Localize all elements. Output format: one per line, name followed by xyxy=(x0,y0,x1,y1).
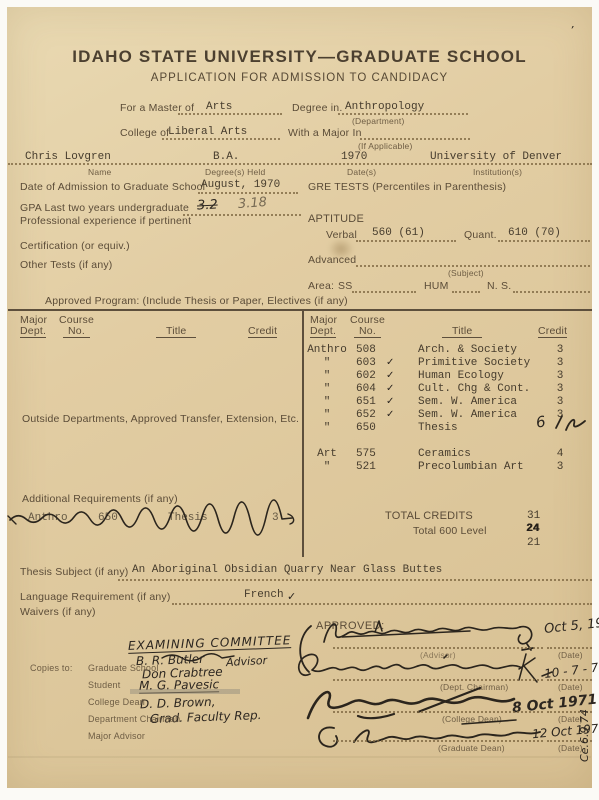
area-hum-label: HUM xyxy=(424,280,449,292)
thesis-subject-label: Thesis Subject (if any) xyxy=(20,566,128,578)
area-hum-line xyxy=(452,291,480,293)
right-col-no: No. xyxy=(354,325,381,338)
area-label: Area: xyxy=(308,280,334,292)
subject-hint: (Subject) xyxy=(448,268,484,278)
gpa-line xyxy=(183,214,301,216)
copies-to-label: Copies to: xyxy=(30,663,73,673)
left-col-no: No. xyxy=(63,325,90,338)
total-600-typed: 21 xyxy=(527,537,540,549)
major-in-label: With a Major In xyxy=(288,127,362,139)
course-dept: Anthro xyxy=(306,344,348,356)
checkmark-icon: ✓ xyxy=(386,409,394,420)
course-dept: " xyxy=(306,383,348,395)
course-title: Arch. & Society xyxy=(418,344,517,356)
advanced-label: Advanced xyxy=(308,254,356,266)
copies-item-graduate-school: Graduate School xyxy=(88,663,159,673)
course-no: 604 xyxy=(356,383,376,395)
course-credit: 4 xyxy=(550,448,570,460)
degrees-held-label: Degree(s) Held xyxy=(205,167,265,177)
dept-chairman-sign-line xyxy=(333,679,543,681)
graduate-dean-sign-line xyxy=(333,740,543,742)
thesis-subject-line xyxy=(118,579,592,581)
total-600-label: Total 600 Level xyxy=(413,525,487,537)
college-dean-sign-line xyxy=(333,711,543,713)
degrees-held-value: B.A. xyxy=(213,151,239,163)
total-credits-label: TOTAL CREDITS xyxy=(385,510,473,522)
course-credit: 3 xyxy=(550,396,570,408)
quant-label: Quant. xyxy=(464,229,497,241)
course-dept: Art xyxy=(306,448,348,460)
course-row: " 602 ✓ Human Ecology 3 xyxy=(0,370,599,383)
quant-value: 610 (70) xyxy=(508,227,561,239)
section-rule xyxy=(8,309,592,311)
scanned-form: ’ IDAHO STATE UNIVERSITY—GRADUATE SCHOOL… xyxy=(0,0,599,800)
course-title: Ceramics xyxy=(418,448,471,460)
dates-value: 1970 xyxy=(341,151,367,163)
course-no: 521 xyxy=(356,461,376,473)
thesis-subject-value: An Aboriginal Obsidian Quarry Near Glass… xyxy=(132,564,442,576)
institution-value: University of Denver xyxy=(430,151,562,163)
course-row: " 604 ✓ Cult. Chg & Cont. 3 xyxy=(0,383,599,396)
checkmark-icon: ✓ xyxy=(386,370,394,381)
admission-value: August, 1970 xyxy=(201,179,280,191)
course-no: 575 xyxy=(356,448,376,460)
total-credits-value: 31 xyxy=(527,510,540,522)
strikethrough-scrawl xyxy=(6,506,298,528)
course-credit: 3 xyxy=(550,357,570,369)
form-subtitle: APPLICATION FOR ADMISSION TO CANDIDACY xyxy=(0,72,599,84)
if-applicable-hint: (If Applicable) xyxy=(358,141,413,151)
committee-member-1-role: Advisor xyxy=(226,654,268,669)
copies-item-student: Student xyxy=(88,680,120,690)
right-col-dept: Dept. xyxy=(310,325,336,338)
graduate-dean-role-label: (Graduate Dean) xyxy=(438,743,505,753)
form-title: IDAHO STATE UNIVERSITY—GRADUATE SCHOOL xyxy=(0,47,599,67)
committee-member-3: M. G. Pavesic xyxy=(139,677,219,693)
admission-label: Date of Admission to Graduate School xyxy=(20,181,205,193)
course-dept: " xyxy=(306,409,348,421)
name-value: Chris Lovgren xyxy=(25,151,111,163)
checkmark-icon: ✓ xyxy=(386,357,394,368)
certification-label: Certification (or equiv.) xyxy=(20,240,130,252)
course-title: Sem. W. America xyxy=(418,396,517,408)
major-in-line xyxy=(360,138,470,140)
area-ns-line xyxy=(513,291,590,293)
degree-in-line xyxy=(338,113,468,115)
course-dept: " xyxy=(306,357,348,369)
master-of-line xyxy=(178,113,282,115)
course-credit: 3 xyxy=(550,370,570,382)
stray-mark: ’ xyxy=(570,24,574,37)
course-no: 603 xyxy=(356,357,376,369)
course-no: 508 xyxy=(356,344,376,356)
gpa-label: GPA Last two years undergraduate xyxy=(20,202,189,214)
right-col-title: Title xyxy=(442,325,482,338)
course-title: Human Ecology xyxy=(418,370,504,382)
left-col-title: Title xyxy=(156,325,196,338)
gpa-struck-value: 3.2 xyxy=(197,197,218,213)
course-dept: " xyxy=(306,396,348,408)
margin-note: Ce.6.9.74 xyxy=(578,672,591,762)
paper-crease xyxy=(8,756,591,758)
course-credit: 3 xyxy=(550,344,570,356)
course-title: Sem. W. America xyxy=(418,409,517,421)
language-value: French xyxy=(244,589,284,601)
other-tests-label: Other Tests (if any) xyxy=(20,259,113,271)
course-row: " 521 Precolumbian Art 3 xyxy=(0,461,599,474)
copies-item-major-advisor: Major Advisor xyxy=(88,731,145,741)
college-line xyxy=(162,138,280,140)
verbal-line xyxy=(356,240,456,242)
quant-line xyxy=(498,240,590,242)
outside-departments-note: Outside Departments, Approved Transfer, … xyxy=(22,413,299,425)
checkmark-icon: ✓ xyxy=(386,383,394,394)
course-credit: 3 xyxy=(550,383,570,395)
area-ns-label: N. S. xyxy=(487,280,511,292)
language-label: Language Requirement (if any) xyxy=(20,591,171,603)
degree-in-value: Anthropology xyxy=(345,101,424,113)
course-dept: " xyxy=(306,422,348,434)
advanced-line xyxy=(356,265,590,267)
language-checkmark-icon: ✓ xyxy=(287,590,296,603)
course-row: Art 575 Ceramics 4 xyxy=(0,448,599,461)
right-col-credit: Credit xyxy=(538,325,567,338)
program-heading: Approved Program: (Include Thesis or Pap… xyxy=(45,295,348,307)
dates-label: Date(s) xyxy=(347,167,376,177)
waivers-label: Waivers (if any) xyxy=(20,606,96,618)
department-hint: (Department) xyxy=(352,116,404,126)
course-no: 650 xyxy=(356,422,376,434)
course-title: Primitive Society xyxy=(418,357,530,369)
gre-tests-label: GRE TESTS (Percentiles in Parenthesis) xyxy=(308,181,506,193)
left-col-dept: Dept. xyxy=(20,325,46,338)
language-line xyxy=(172,603,592,605)
admission-line xyxy=(198,192,298,194)
course-title: Thesis xyxy=(418,422,458,434)
aptitude-label: APTITUDE xyxy=(308,213,364,225)
thesis-credit-scrawl xyxy=(548,412,588,434)
course-credit: 3 xyxy=(550,461,570,473)
verbal-value: 560 (61) xyxy=(372,227,425,239)
course-no: 652 xyxy=(356,409,376,421)
course-dept: " xyxy=(306,461,348,473)
course-title: Precolumbian Art xyxy=(418,461,524,473)
verbal-label: Verbal xyxy=(326,229,357,241)
area-ss-line xyxy=(352,291,416,293)
course-row: " 651 ✓ Sem. W. America 3 xyxy=(0,396,599,409)
name-label: Name xyxy=(88,167,111,177)
professional-label: Professional experience if pertinent xyxy=(20,215,191,227)
additional-requirements-label: Additional Requirements (if any) xyxy=(22,493,178,505)
identity-line xyxy=(8,163,592,165)
copies-item-college-dean: College Dean xyxy=(88,697,145,707)
course-row: Anthro 508 Arch. & Society 3 xyxy=(0,344,599,357)
left-col-credit: Credit xyxy=(248,325,277,338)
course-row: " 603 ✓ Primitive Society 3 xyxy=(0,357,599,370)
master-of-value: Arts xyxy=(206,101,232,113)
copies-item-dept-chairman: Department Chairman xyxy=(88,714,180,724)
college-value: Liberal Arts xyxy=(168,126,247,138)
gpa-value: 3.18 xyxy=(238,195,268,212)
course-no: 651 xyxy=(356,396,376,408)
course-no: 602 xyxy=(356,370,376,382)
college-dean-note: D. D. Brown, xyxy=(140,695,216,712)
course-title: Cult. Chg & Cont. xyxy=(418,383,530,395)
checkmark-icon: ✓ xyxy=(386,396,394,407)
graduate-dean-signature xyxy=(312,714,562,754)
total-600-handwritten: 24 xyxy=(526,523,539,535)
course-dept: " xyxy=(306,370,348,382)
degree-in-label: Degree in. xyxy=(292,102,342,114)
area-ss-label: SS xyxy=(338,280,352,292)
institution-label: Institution(s) xyxy=(473,167,522,177)
